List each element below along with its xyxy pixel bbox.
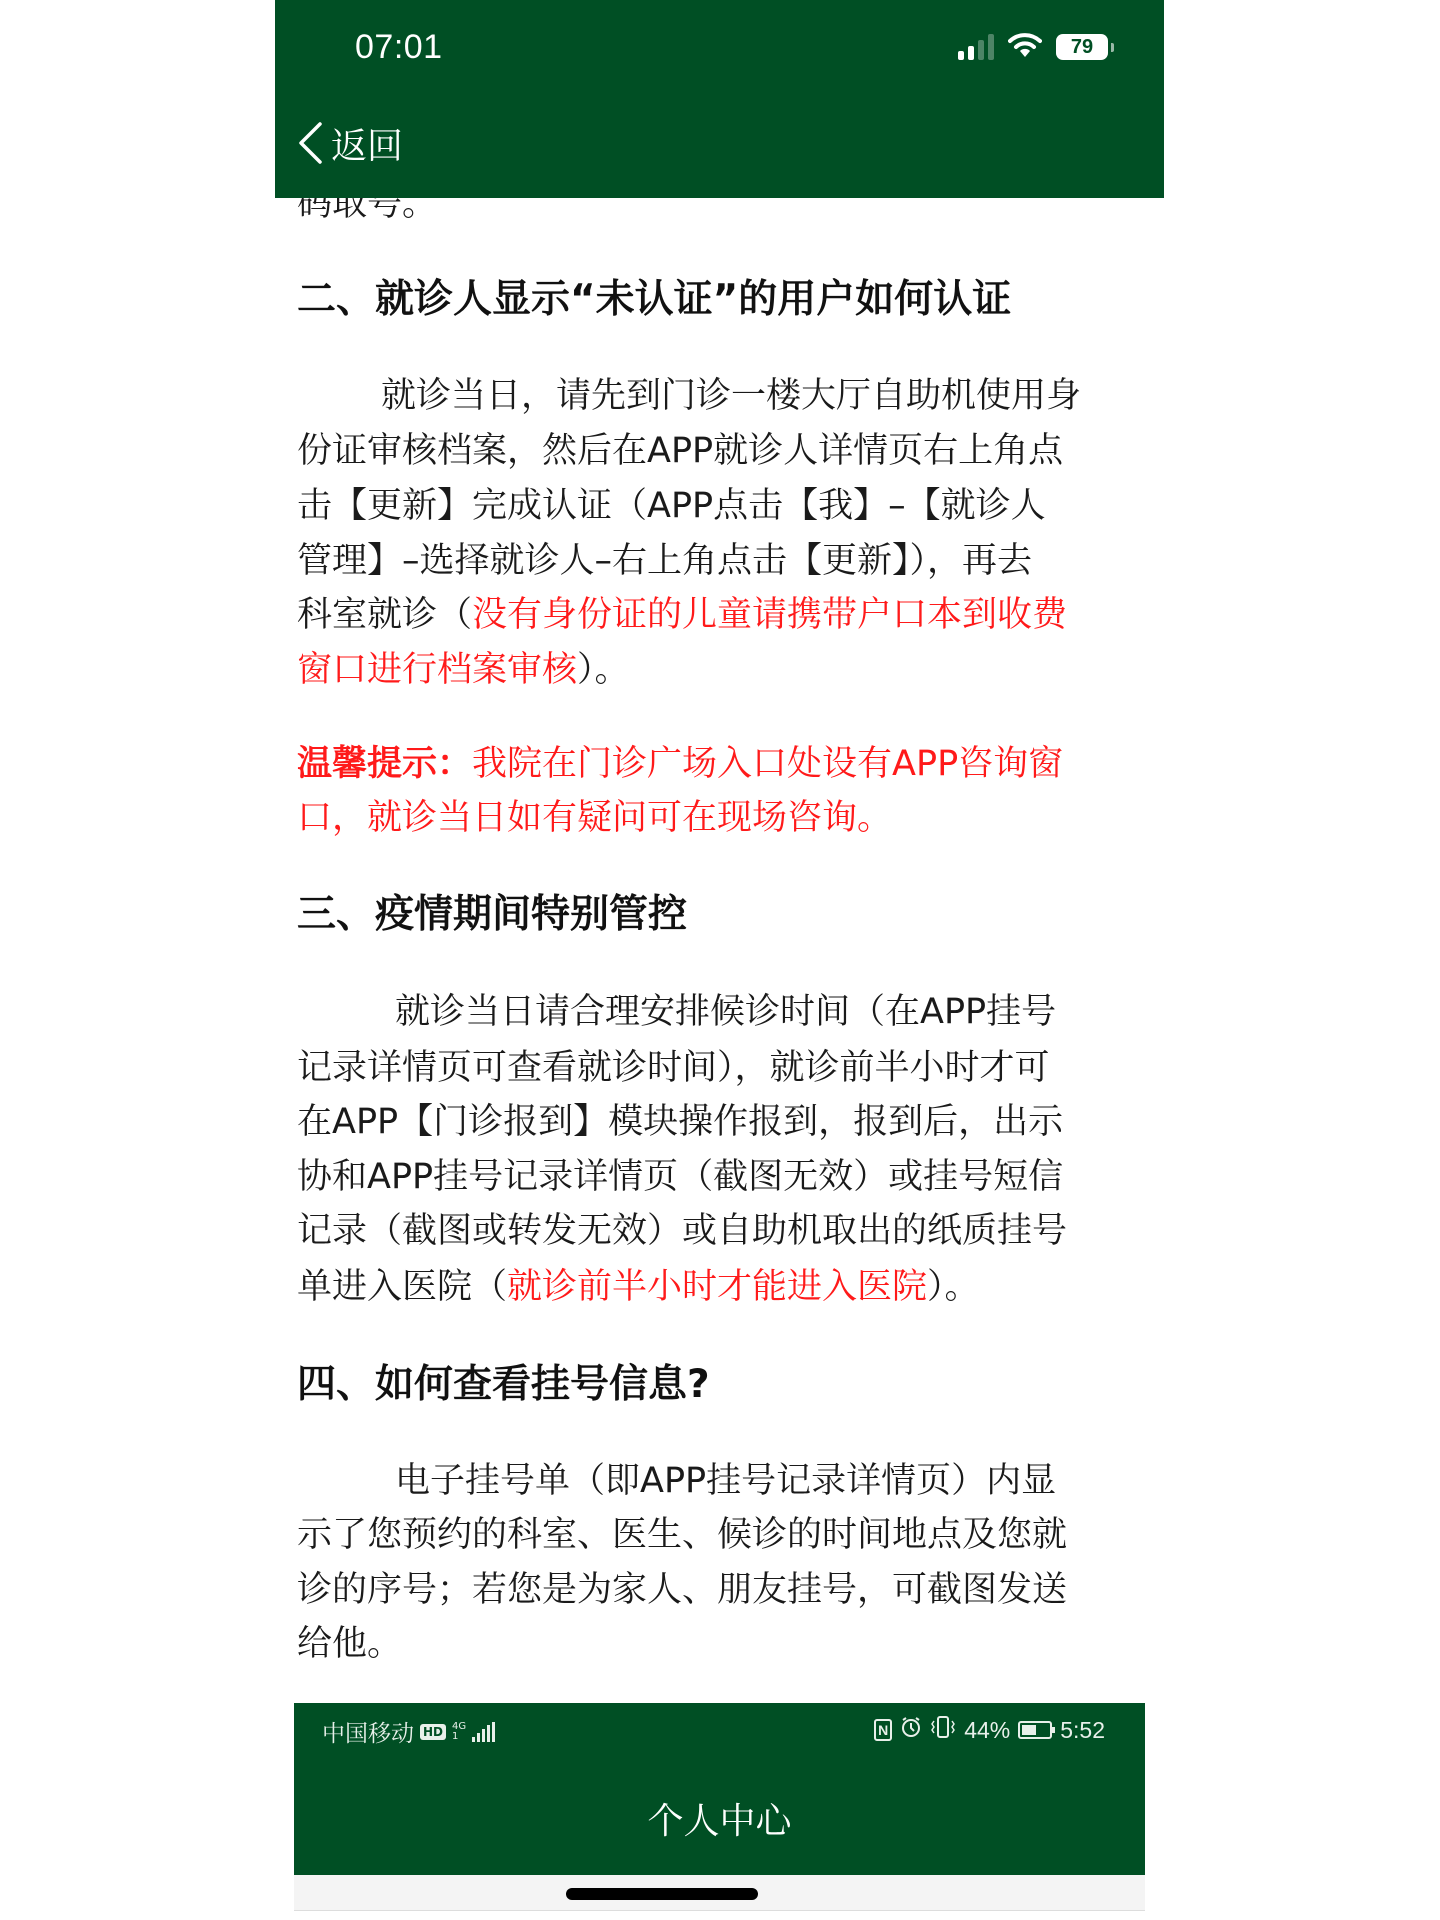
- chevron-left-icon: [297, 121, 323, 165]
- paragraph-line: 份证审核档案，然后在APP就诊人详情页右上角点: [297, 431, 1063, 471]
- paragraph-line: 科室就诊（没有身份证的儿童请携带户口本到收费: [297, 595, 1067, 635]
- section-3-heading: 三、疫情期间特别管控: [297, 895, 687, 935]
- phone-screen: 码取号。 二、就诊人显示“未认证”的用户如何认证 就诊当日，请先到门诊一楼大厅自…: [275, 0, 1164, 1920]
- section-2-heading: 二、就诊人显示“未认证”的用户如何认证: [297, 280, 1011, 320]
- vibrate-icon: [930, 1715, 956, 1745]
- battery-icon: 79: [1056, 34, 1108, 60]
- highlight-text: 就诊前半小时才能进入医院: [507, 1267, 927, 1307]
- tip-line: 口，就诊当日如有疑问可在现场咨询。: [297, 798, 892, 838]
- paragraph-line: 给他。: [297, 1624, 402, 1664]
- cellular-signal-icon: [958, 34, 994, 60]
- embedded-nav-area: [294, 1875, 1145, 1911]
- paragraph-line: 在APP【门诊报到】模块操作报到，报到后，出示: [297, 1102, 1063, 1142]
- embedded-page-title: 个人中心: [294, 1793, 1145, 1844]
- section-4-heading: 四、如何查看挂号信息?: [297, 1365, 710, 1405]
- paragraph-line: 记录（截图或转发无效）或自助机取出的纸质挂号: [297, 1211, 1067, 1251]
- tip-text: 我院在门诊广场入口处设有APP咨询窗: [472, 744, 1063, 784]
- embedded-screenshot: 中国移动 HD 4G 1 N: [294, 1703, 1145, 1910]
- network-sub-label: 1: [452, 1732, 466, 1742]
- battery-icon: [1018, 1721, 1052, 1739]
- network-type-icon: 4G 1: [452, 1722, 466, 1742]
- text: ）。: [927, 1267, 980, 1307]
- paragraph-line: 窗口进行档案审核）。: [297, 650, 630, 690]
- app-header: 07:01 79 返回: [275, 0, 1164, 198]
- paragraph-line: 协和APP挂号记录详情页（截图无效）或挂号短信: [297, 1157, 1063, 1197]
- embedded-time: 5:52: [1060, 1717, 1105, 1744]
- alarm-icon: [900, 1716, 922, 1744]
- paragraph-line: 示了您预约的科室、医生、候诊的时间地点及您就: [297, 1515, 1067, 1555]
- paragraph-line: 诊的序号；若您是为家人、朋友挂号，可截图发送: [297, 1570, 1067, 1610]
- paragraph-line: 击【更新】完成认证（APP点击【我】–【就诊人: [297, 486, 1046, 526]
- text: ）。: [577, 650, 630, 690]
- paragraph-line: 记录详情页可查看就诊时间），就诊前半小时才可: [297, 1048, 1050, 1088]
- paragraph-line: 电子挂号单（即APP挂号记录详情页）内显: [297, 1461, 1056, 1501]
- highlight-text: 没有身份证的儿童请携带户口本到收费: [472, 595, 1067, 635]
- status-time: 07:01: [355, 28, 443, 67]
- wifi-icon: [1008, 32, 1042, 62]
- home-indicator: [566, 1888, 758, 1900]
- network-label: 4G: [452, 1722, 466, 1732]
- paragraph-line: 就诊当日，请先到门诊一楼大厅自助机使用身: [297, 376, 1081, 416]
- hd-badge-icon: HD: [420, 1724, 446, 1740]
- tip-label: 温馨提示：: [297, 744, 472, 784]
- embedded-status-left: 中国移动 HD 4G 1: [322, 1715, 495, 1748]
- status-icons: 79: [958, 33, 1108, 61]
- carrier-label: 中国移动: [322, 1715, 414, 1748]
- paragraph-line: 就诊当日请合理安排候诊时间（在APP挂号: [297, 992, 1056, 1032]
- embedded-header: 中国移动 HD 4G 1 N: [294, 1703, 1145, 1875]
- paragraph-line: 管理】–选择就诊人–右上角点击【更新】），再去: [297, 541, 1032, 581]
- text: 单进入医院（: [297, 1267, 507, 1307]
- back-label: 返回: [331, 118, 403, 169]
- paragraph-line: 单进入医院（就诊前半小时才能进入医院）。: [297, 1267, 980, 1307]
- text: 科室就诊（: [297, 595, 472, 635]
- embedded-status-right: N 44% 5:52: [874, 1715, 1105, 1745]
- battery-percent: 44%: [964, 1717, 1010, 1744]
- back-button[interactable]: 返回: [297, 118, 403, 168]
- nfc-icon: N: [874, 1719, 892, 1741]
- tip-line: 温馨提示：我院在门诊广场入口处设有APP咨询窗: [297, 744, 1063, 784]
- cellular-signal-icon: [472, 1722, 495, 1742]
- highlight-text: 窗口进行档案审核: [297, 650, 577, 690]
